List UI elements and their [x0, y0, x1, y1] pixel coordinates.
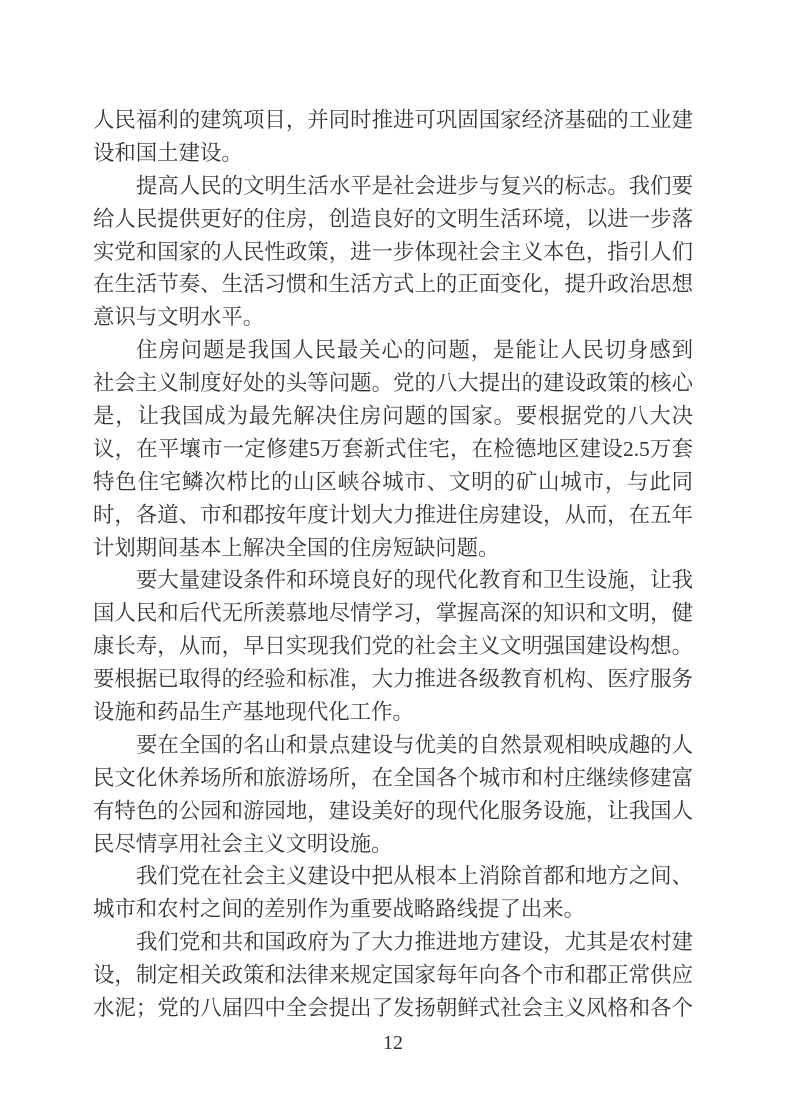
text-line: 人民福利的建筑项目，并同时推进可巩固国家经济基础的工业建 [93, 104, 693, 137]
text-line: 计划期间基本上解决全国的住房短缺问题。 [93, 532, 693, 565]
text-line: 给人民提供更好的住房，创造良好的文明生活环境，以进一步落 [93, 203, 693, 236]
text-line: 民尽情享用社会主义文明设施。 [93, 828, 693, 861]
page-number: 12 [93, 1030, 693, 1056]
text-line: 我们党在社会主义建设中把从根本上消除首都和地方之间、 [93, 860, 693, 893]
text-line: 提高人民的文明生活水平是社会进步与复兴的标志。我们要 [93, 170, 693, 203]
text-line: 水泥；党的八届四中全会提出了发扬朝鲜式社会主义风格和各个 [93, 992, 693, 1025]
document-page: 人民福利的建筑项目，并同时推进可巩固国家经济基础的工业建设和国土建设。提高人民的… [0, 0, 787, 1116]
text-line: 要大量建设条件和环境良好的现代化教育和卫生设施，让我 [93, 564, 693, 597]
text-line: 是，让我国成为最先解决住房问题的国家。要根据党的八大决 [93, 400, 693, 433]
text-line: 有特色的公园和游园地，建设美好的现代化服务设施，让我国人 [93, 795, 693, 828]
text-block: 人民福利的建筑项目，并同时推进可巩固国家经济基础的工业建设和国土建设。提高人民的… [93, 104, 693, 1025]
text-line: 城市和农村之间的差别作为重要战略路线提了出来。 [93, 893, 693, 926]
text-line: 国人民和后代无所羡慕地尽情学习，掌握高深的知识和文明，健 [93, 597, 693, 630]
text-line: 特色住宅鳞次栉比的山区峡谷城市、文明的矿山城市，与此同 [93, 466, 693, 499]
text-line: 在生活节奏、生活习惯和生活方式上的正面变化，提升政治思想 [93, 268, 693, 301]
text-line: 要根据已取得的经验和标准，大力推进各级教育机构、医疗服务 [93, 663, 693, 696]
text-line: 时，各道、市和郡按年度计划大力推进住房建设，从而，在五年 [93, 499, 693, 532]
text-line: 社会主义制度好处的头等问题。党的八大提出的建设政策的核心 [93, 367, 693, 400]
text-line: 设施和药品生产基地现代化工作。 [93, 696, 693, 729]
text-line: 意识与文明水平。 [93, 301, 693, 334]
text-line: 住房问题是我国人民最关心的问题，是能让人民切身感到 [93, 334, 693, 367]
text-line: 我们党和共和国政府为了大力推进地方建设，尤其是农村建 [93, 926, 693, 959]
text-line: 要在全国的名山和景点建设与优美的自然景观相映成趣的人 [93, 729, 693, 762]
text-line: 实党和国家的人民性政策，进一步体现社会主义本色，指引人们 [93, 236, 693, 269]
text-line: 议，在平壤市一定修建5万套新式住宅，在检德地区建设2.5万套 [93, 433, 693, 466]
text-line: 民文化休养场所和旅游场所，在全国各个城市和村庄继续修建富 [93, 762, 693, 795]
text-line: 设，制定相关政策和法律来规定国家每年向各个市和郡正常供应 [93, 959, 693, 992]
text-line: 设和国土建设。 [93, 137, 693, 170]
text-line: 康长寿，从而，早日实现我们党的社会主义文明强国建设构想。 [93, 630, 693, 663]
